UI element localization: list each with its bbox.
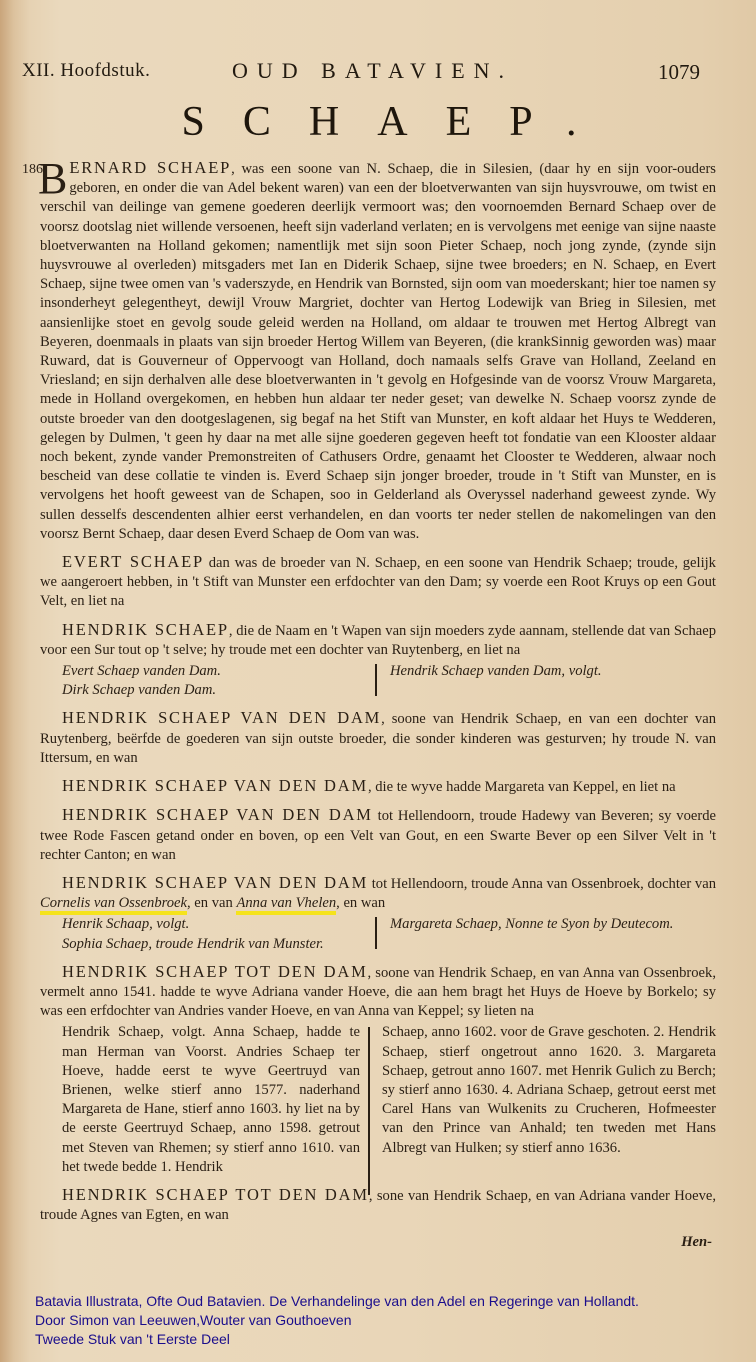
highlighted-name: Anna van Vhelen xyxy=(236,895,336,915)
entry-name: HENDRIK SCHAEP xyxy=(62,620,229,639)
scanned-book-page: XII. Hoofdstuk. OUD BATAVIEN. 1079 SCHAE… xyxy=(0,0,756,1362)
descendants-left: Hendrik Schaep, volgt. Anna Schaep, hadd… xyxy=(40,1023,368,1177)
column-divider xyxy=(375,664,377,696)
section-title: SCHAEP. xyxy=(0,98,756,146)
entry-name: HENDRIK SCHAEP VAN DEN DAM xyxy=(62,873,368,892)
entry-name: EVERT SCHAEP xyxy=(62,552,204,571)
entry-name: HENDRIK SCHAEP VAN DEN DAM xyxy=(62,805,373,824)
paragraph-hendrik-3: HENDRIK SCHAEP VAN DEN DAM, die te wyve … xyxy=(40,776,716,797)
paragraph-hendrik-4: HENDRIK SCHAEP VAN DEN DAM tot Hellendoo… xyxy=(40,805,716,865)
child-entry: Hendrik Schaep vanden Dam, volgt. xyxy=(390,662,716,681)
child-entry: Margareta Schaep, Nonne te Syon by Deute… xyxy=(390,915,716,934)
drop-cap: B xyxy=(38,160,67,198)
entry-name: HENDRIK SCHAEP VAN DEN DAM xyxy=(62,776,368,795)
chapter-label: XII. Hoofdstuk. xyxy=(22,60,150,82)
paragraph-hendrik-7: HENDRIK SCHAEP TOT DEN DAM, sone van Hen… xyxy=(40,1185,716,1225)
caption-line-authors: Door Simon van Leeuwen,Wouter van Goutho… xyxy=(35,1311,639,1330)
children-list: Evert Schaep vanden Dam. Dirk Schaep van… xyxy=(40,662,716,700)
caption-line-volume: Tweede Stuk van 't Eerste Deel xyxy=(35,1330,639,1349)
caption-line-title: Batavia Illustrata, Ofte Oud Batavien. D… xyxy=(35,1292,639,1311)
paragraph-evert: EVERT SCHAEP dan was de broeder van N. S… xyxy=(40,552,716,612)
paragraph-hendrik-5: HENDRIK SCHAEP VAN DEN DAM tot Hellendoo… xyxy=(40,873,716,913)
column-divider xyxy=(375,917,377,949)
highlighted-name: Cornelis van Ossenbroek xyxy=(40,895,187,915)
entry-name: HENDRIK SCHAEP TOT DEN DAM xyxy=(62,1185,369,1204)
page-number: 1079 xyxy=(658,60,700,85)
child-entry: Evert Schaep vanden Dam. xyxy=(62,662,368,681)
running-head: XII. Hoofdstuk. OUD BATAVIEN. 1079 xyxy=(22,58,712,86)
column-divider xyxy=(368,1027,370,1195)
children-list: Henrik Schaap, volgt. Sophia Schaep, tro… xyxy=(40,915,716,953)
catchword: Hen- xyxy=(40,1233,716,1252)
descendants-columns: Hendrik Schaep, volgt. Anna Schaep, hadd… xyxy=(40,1023,716,1177)
entry-text: , was een soone van N. Schaep, die in Si… xyxy=(40,161,716,542)
paragraph-bernard: BERNARD SCHAEP, was een soone van N. Sch… xyxy=(40,158,716,544)
book-title-header: OUD BATAVIEN. xyxy=(232,58,513,84)
paragraph-hendrik-6: HENDRIK SCHAEP TOT DEN DAM, soone van He… xyxy=(40,962,716,1022)
entry-name: ERNARD SCHAEP xyxy=(69,158,231,177)
image-caption: Batavia Illustrata, Ofte Oud Batavien. D… xyxy=(35,1292,639,1349)
entry-text: , die te wyve hadde Margareta van Keppel… xyxy=(368,779,676,795)
entry-name: HENDRIK SCHAEP VAN DEN DAM xyxy=(62,708,381,727)
child-entry: Henrik Schaap, volgt. xyxy=(62,915,368,934)
child-entry: Sophia Schaep, troude Hendrik van Munste… xyxy=(62,935,368,954)
paragraph-hendrik-1: HENDRIK SCHAEP, die de Naam en 't Wapen … xyxy=(40,620,716,660)
descendants-right: Schaep, anno 1602. voor de Grave geschot… xyxy=(368,1023,716,1177)
paragraph-hendrik-2: HENDRIK SCHAEP VAN DEN DAM, soone van He… xyxy=(40,708,716,768)
body-text: BERNARD SCHAEP, was een soone van N. Sch… xyxy=(40,158,716,1253)
child-entry: Dirk Schaep vanden Dam. xyxy=(62,681,368,700)
entry-name: HENDRIK SCHAEP TOT DEN DAM xyxy=(62,962,368,981)
